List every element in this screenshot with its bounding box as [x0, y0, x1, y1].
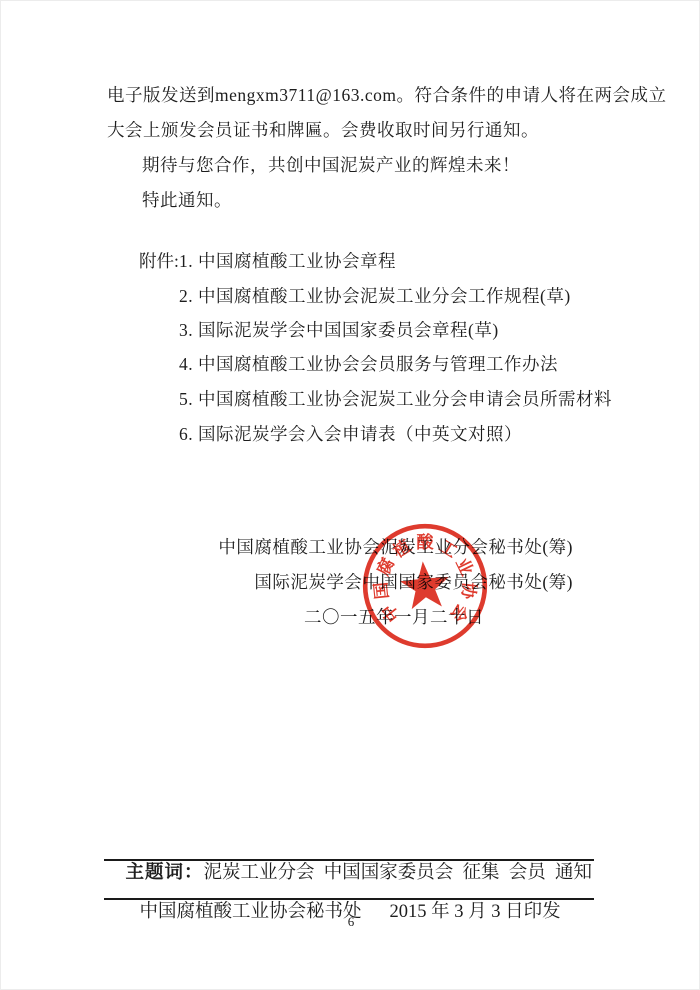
- body-line-2: 大会上颁发会员证书和牌匾。会费收取时间另行通知。: [107, 120, 539, 141]
- svg-text:协: 协: [458, 581, 480, 601]
- footer-divider-1: [104, 859, 594, 861]
- svg-text:国: 国: [371, 581, 392, 600]
- document-page: 电子版发送到mengxm3711@163.com。符合条件的申请人将在两会成立 …: [0, 0, 700, 990]
- attachment-item-2: 2. 中国腐植酸工业协会泥炭工业分会工作规程(草): [179, 283, 571, 308]
- body-line-4: 特此通知。: [142, 190, 232, 211]
- svg-text:腐: 腐: [373, 555, 398, 579]
- body-line-3: 期待与您合作，共创中国泥炭产业的辉煌未来！: [142, 155, 520, 176]
- attachment-item-6: 6. 国际泥炭学会入会申请表（中英文对照）: [179, 421, 522, 446]
- attachment-item-1: 1. 中国腐植酸工业协会章程: [179, 248, 396, 273]
- svg-text:业: 业: [452, 555, 477, 579]
- page-number: 6: [1, 914, 700, 930]
- svg-text:会: 会: [447, 600, 473, 626]
- attachment-item-3: 3. 国际泥炭学会中国国家委员会章程(草): [179, 317, 499, 342]
- attachment-item-5: 5. 中国腐植酸工业协会泥炭工业分会申请会员所需材料: [179, 386, 612, 411]
- svg-text:酸: 酸: [417, 532, 435, 552]
- svg-text:中: 中: [377, 600, 403, 626]
- issuer-line: 中国腐植酸工业协会秘书处2015 年 3 月 3 日印发: [121, 876, 561, 944]
- footer-divider-2: [104, 898, 594, 900]
- official-seal: 中国腐植酸工业协会: [359, 520, 491, 652]
- attachment-item-4: 4. 中国腐植酸工业协会会员服务与管理工作办法: [179, 351, 558, 376]
- attachments-label: 附件:: [139, 248, 179, 273]
- seal-graphic: 中国腐植酸工业协会: [359, 520, 491, 652]
- svg-text:工: 工: [436, 536, 460, 561]
- body-line-1: 电子版发送到mengxm3711@163.com。符合条件的申请人将在两会成立: [107, 85, 666, 106]
- svg-text:植: 植: [389, 536, 414, 562]
- red-star-icon: [398, 559, 451, 610]
